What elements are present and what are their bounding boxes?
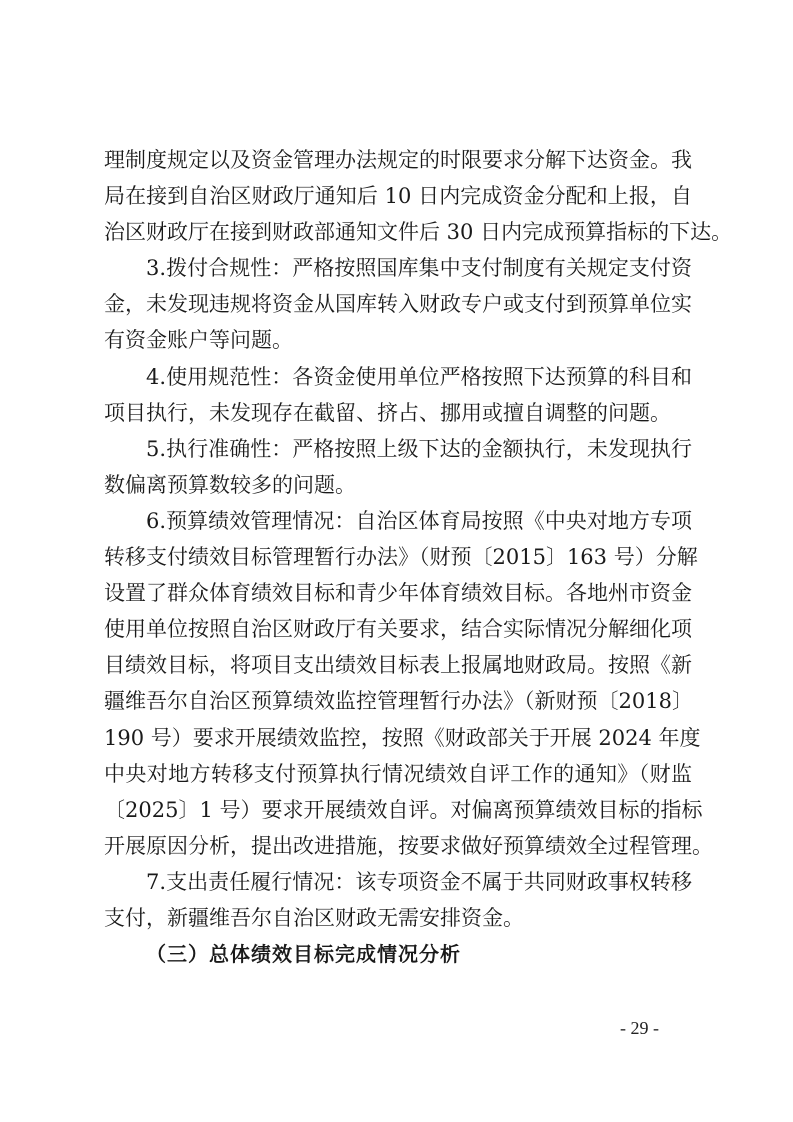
paragraph-line: 金，未发现违规将资金从国库转入财政专户或支付到预算单位实 [104,286,692,322]
paragraph-line: 目绩效目标，将项目支出绩效目标表上报属地财政局。按照《新 [104,647,692,683]
paragraph-line: 转移支付绩效目标管理暂行办法》（财预〔2015〕163 号）分解 [104,539,692,575]
paragraph-disbursement-compliance: 3.拨付合规性：严格按照国库集中支付制度有关规定支付资 [104,250,692,286]
paragraph-line: 中央对地方转移支付预算执行情况绩效自评工作的通知》（财监 [104,756,692,792]
paragraph-line: 使用单位按照自治区财政厅有关要求，结合实际情况分解细化项 [104,611,692,647]
paragraph-line: 设置了群众体育绩效目标和青少年体育绩效目标。各地州市资金 [104,575,692,611]
paragraph-line: 〔2025〕1 号）要求开展绩效自评。对偏离预算绩效目标的指标 [104,792,692,828]
paragraph-line: 疆维吾尔自治区预算绩效监控管理暂行办法》（新财预〔2018〕 [104,683,692,719]
paragraph-usage-standard: 4.使用规范性：各资金使用单位严格按照下达预算的科目和 [104,359,692,395]
paragraph-line: 190 号）要求开展绩效监控，按照《财政部关于开展 2024 年度 [104,720,692,756]
paragraph-line: 项目执行，未发现存在截留、挤占、挪用或擅自调整的问题。 [104,395,692,431]
page-number: - 29 - [620,1018,659,1039]
paragraph-line: 开展原因分析，提出改进措施，按要求做好预算绩效全过程管理。 [104,828,692,864]
paragraph-performance-management: 6.预算绩效管理情况：自治区体育局按照《中央对地方专项 [104,503,692,539]
document-page: 理制度规定以及资金管理办法规定的时限要求分解下达资金。我 局在接到自治区财政厅通… [0,0,793,1122]
paragraph-line: 支付，新疆维吾尔自治区财政无需安排资金。 [104,900,692,936]
paragraph-line: 理制度规定以及资金管理办法规定的时限要求分解下达资金。我 [104,142,692,178]
section-heading: （三）总体绩效目标完成情况分析 [104,936,692,972]
body-text: 理制度规定以及资金管理办法规定的时限要求分解下达资金。我 局在接到自治区财政厅通… [104,142,692,972]
paragraph-execution-accuracy: 5.执行准确性：严格按照上级下达的金额执行，未发现执行 [104,431,692,467]
paragraph-line: 有资金账户等问题。 [104,322,692,358]
paragraph-expenditure-responsibility: 7.支出责任履行情况：该专项资金不属于共同财政事权转移 [104,864,692,900]
paragraph-line: 局在接到自治区财政厅通知后 10 日内完成资金分配和上报，自 [104,178,692,214]
paragraph-line: 治区财政厅在接到财政部通知文件后 30 日内完成预算指标的下达。 [104,214,692,250]
paragraph-line: 数偏离预算数较多的问题。 [104,467,692,503]
